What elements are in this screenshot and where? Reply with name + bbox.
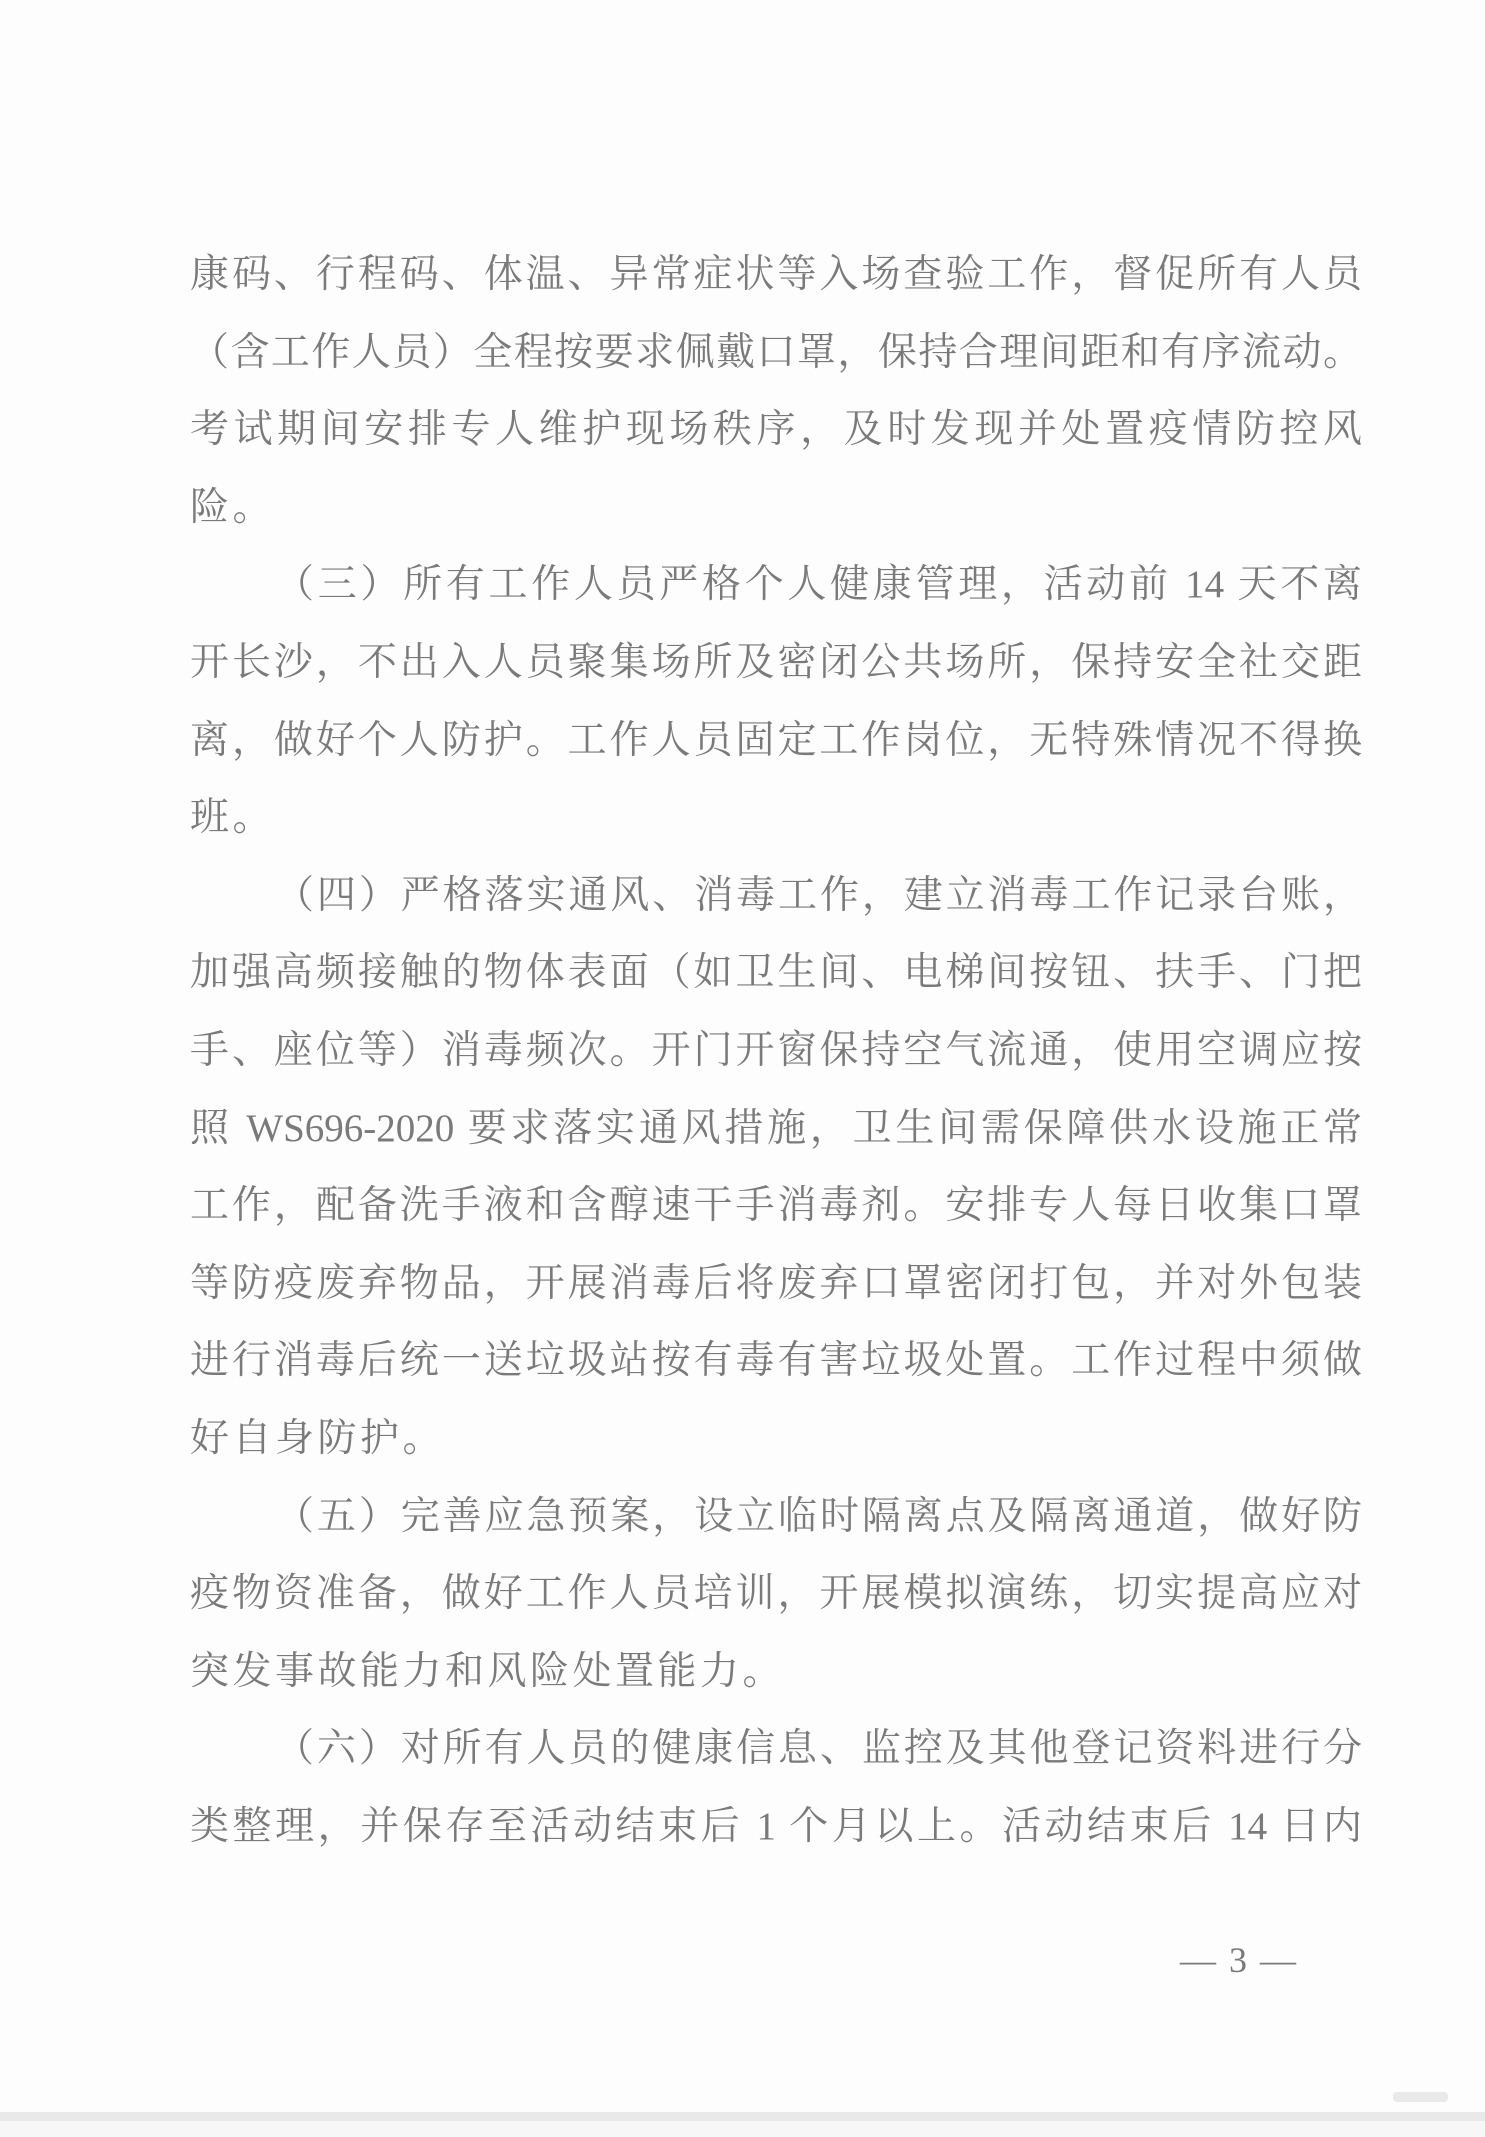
- text-block: 康码、行程码、体温、异常症状等入场查验工作，督促所有人员（含工作人员）全程按要求…: [190, 236, 1362, 1865]
- document-line: 离，做好个人防护。工作人员固定工作岗位，无特殊情况不得换: [190, 702, 1362, 780]
- document-line: 班。: [190, 779, 1362, 857]
- page-bottom-edge: [0, 2112, 1485, 2121]
- document-line: 类整理，并保存至活动结束后 1 个月以上。活动结束后 14 日内: [190, 1788, 1362, 1866]
- document-line: 考试期间安排专人维护现场秩序，及时发现并处置疫情防控风: [190, 391, 1362, 469]
- document-line: 进行消毒后统一送垃圾站按有毒有害垃圾处置。工作过程中须做: [190, 1322, 1362, 1400]
- document-line: 疫物资准备，做好工作人员培训，开展模拟演练，切实提高应对: [190, 1555, 1362, 1633]
- document-line: （六）对所有人员的健康信息、监控及其他登记资料进行分: [190, 1710, 1362, 1788]
- document-line: 险。: [190, 469, 1362, 547]
- document-line: 突发事故能力和风险处置能力。: [190, 1633, 1362, 1711]
- page-number: — 3 —: [1063, 1938, 1415, 1982]
- scan-background-strip: [0, 2121, 1485, 2137]
- document-line: （五）完善应急预案，设立临时隔离点及隔离通道，做好防: [190, 1478, 1362, 1556]
- document-line: （四）严格落实通风、消毒工作，建立消毒工作记录台账，: [190, 857, 1362, 935]
- document-line: 等防疫废弃物品，开展消毒后将废弃口罩密闭打包，并对外包装: [190, 1245, 1362, 1323]
- document-line: 康码、行程码、体温、异常症状等入场查验工作，督促所有人员: [190, 236, 1362, 314]
- document-line: 加强高频接触的物体表面（如卫生间、电梯间按钮、扶手、门把: [190, 934, 1362, 1012]
- scan-smudge-artifact: [1393, 2092, 1448, 2102]
- document-line: （三）所有工作人员严格个人健康管理，活动前 14 天不离: [190, 546, 1362, 624]
- document-line: 手、座位等）消毒频次。开门开窗保持空气流通，使用空调应按: [190, 1012, 1362, 1090]
- document-line: （含工作人员）全程按要求佩戴口罩，保持合理间距和有序流动。: [190, 314, 1362, 392]
- document-line: 好自身防护。: [190, 1400, 1362, 1478]
- document-line: 照 WS696-2020 要求落实通风措施，卫生间需保障供水设施正常: [190, 1090, 1362, 1168]
- document-page: 康码、行程码、体温、异常症状等入场查验工作，督促所有人员（含工作人员）全程按要求…: [0, 0, 1485, 2137]
- document-line: 开长沙，不出入人员聚集场所及密闭公共场所，保持安全社交距: [190, 624, 1362, 702]
- document-line: 工作，配备洗手液和含醇速干手消毒剂。安排专人每日收集口罩: [190, 1167, 1362, 1245]
